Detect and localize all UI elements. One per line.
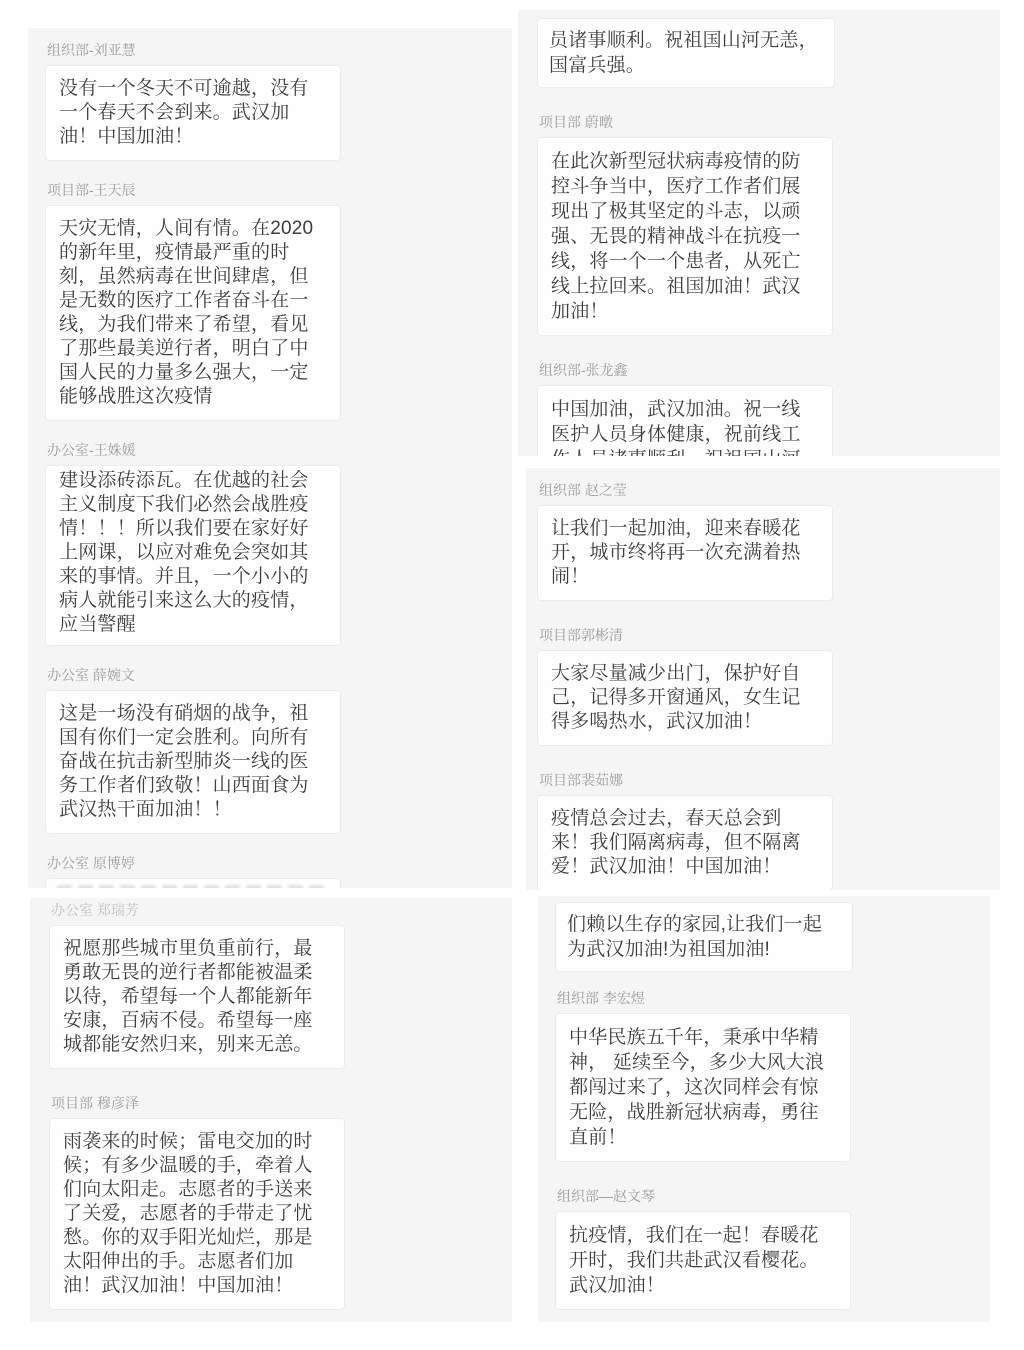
sender-label: 办公室 原博婷 xyxy=(47,855,512,872)
message-textarea[interactable]: 中华民族五千年，秉承中华精神， 延续至今，多少大风大浪都闯过来了，这次同样会有惊… xyxy=(555,1013,851,1162)
sender-label: 办公室-王姝媛 xyxy=(47,442,512,459)
message-text: 在此次新型冠状病毒疫情的防控斗争当中，医疗工作者们展现出了极其坚定的斗志，以顽强… xyxy=(551,151,801,322)
message-textarea[interactable]: 让我们一起加油，迎来春暖花开，城市终将再一次充满着热闹！ xyxy=(537,505,833,601)
sender-label: 组织部 赵之莹 xyxy=(539,482,1000,499)
clipped-text-ghost xyxy=(57,885,329,888)
message-text: 中华民族五千年，秉承中华精神， 延续至今，多少大风大浪都闯过来了，这次同样会有惊… xyxy=(569,1027,824,1148)
message-textarea[interactable]: 天灾无情，人间有情。在2020的新年里，疫情最严重的时刻，虽然病毒在世间肆虐，但… xyxy=(45,205,341,421)
message-text: 让我们一起加油，迎来春暖花开，城市终将再一次充满着热闹！ xyxy=(551,518,801,587)
sender-label: 办公室 郑瑞芳 xyxy=(51,902,512,919)
sender-label: 组织部-张龙鑫 xyxy=(539,362,1000,379)
message-textarea-clipped[interactable]: 们赖以生存的家园,让我们一起为武汉加油!为祖国加油! xyxy=(555,902,853,972)
message-textarea[interactable]: 疫情总会过去，春天总会到来！我们隔离病毒，但不隔离爱！武汉加油！中国加油！ xyxy=(537,795,833,890)
messages-panel-left-top: 组织部-刘亚慧 没有一个冬天不可逾越，没有一个春天不会到来。武汉加油！中国加油！… xyxy=(28,28,512,888)
message-text: 没有一个冬天不可逾越，没有一个春天不会到来。武汉加油！中国加油！ xyxy=(59,78,309,147)
sender-label: 组织部-刘亚慧 xyxy=(47,42,512,59)
sender-label: 组织部—赵文琴 xyxy=(557,1188,990,1205)
message-textarea[interactable]: 雨袭来的时候；雷电交加的时候；有多少温暖的手，牵着人们向太阳走。志愿者的手送来了… xyxy=(49,1118,345,1310)
messages-panel-right-bottom: 们赖以生存的家园,让我们一起为武汉加油!为祖国加油! 组织部 李宏煜 中华民族五… xyxy=(538,896,990,1322)
messages-panel-right-middle: 组织部 赵之莹 让我们一起加油，迎来春暖花开，城市终将再一次充满着热闹！ 项目部… xyxy=(526,468,1000,890)
message-text: 建设添砖添瓦。在优越的社会主义制度下我们必然会战胜疫情！！！所以我们要在家好好上… xyxy=(59,470,309,635)
message-textarea-clipped[interactable] xyxy=(45,878,341,888)
sender-label: 项目部-王天辰 xyxy=(47,182,512,199)
message-text: 祝愿那些城市里负重前行，最勇敢无畏的逆行者都能被温柔以待，希望每一个人都能新年安… xyxy=(63,938,313,1055)
message-text: 这是一场没有硝烟的战争，祖国有你们一定会胜利。向所有奋战在抗击新型肺炎一线的医务… xyxy=(59,703,309,820)
message-text: 天灾无情，人间有情。在2020的新年里，疫情最严重的时刻，虽然病毒在世间肆虐，但… xyxy=(59,218,313,407)
message-text: 们赖以生存的家园,让我们一起为武汉加油!为祖国加油! xyxy=(567,914,822,960)
sender-label: 项目部郭彬清 xyxy=(539,627,1000,644)
message-textarea[interactable]: 祝愿那些城市里负重前行，最勇敢无畏的逆行者都能被温柔以待，希望每一个人都能新年安… xyxy=(49,925,345,1069)
messages-panel-right-top: 员诸事顺利。祝祖国山河无恙，国富兵强。 项目部 蔚暾 在此次新型冠状病毒疫情的防… xyxy=(518,10,1000,456)
message-text: 中国加油，武汉加油。祝一线医护人员身体健康，祝前线工作人员诸事顺利。祝祖国山河无… xyxy=(551,399,801,456)
message-textarea-scrolled[interactable]: 建设添砖添瓦。在优越的社会主义制度下我们必然会战胜疫情！！！所以我们要在家好好上… xyxy=(45,465,341,646)
sender-label: 项目部 蔚暾 xyxy=(539,114,1000,131)
sender-label: 项目部 穆彦泽 xyxy=(51,1095,512,1112)
message-textarea[interactable]: 在此次新型冠状病毒疫情的防控斗争当中，医疗工作者们展现出了极其坚定的斗志，以顽强… xyxy=(537,137,833,336)
message-text: 雨袭来的时候；雷电交加的时候；有多少温暖的手，牵着人们向太阳走。志愿者的手送来了… xyxy=(63,1131,313,1296)
sender-label: 办公室 薛婉文 xyxy=(47,667,512,684)
message-text: 大家尽量减少出门，保护好自己，记得多开窗通风，女生记得多喝热水，武汉加油！ xyxy=(551,663,801,732)
message-wall-collage: 组织部-刘亚慧 没有一个冬天不可逾越，没有一个春天不会到来。武汉加油！中国加油！… xyxy=(0,0,1024,1350)
message-textarea[interactable]: 没有一个冬天不可逾越，没有一个春天不会到来。武汉加油！中国加油！ xyxy=(45,65,341,161)
message-text: 抗疫情，我们在一起！春暖花开时，我们共赴武汉看樱花。武汉加油！ xyxy=(569,1225,819,1296)
message-text: 疫情总会过去，春天总会到来！我们隔离病毒，但不隔离爱！武汉加油！中国加油！ xyxy=(551,808,801,877)
sender-label: 组织部 李宏煜 xyxy=(557,990,990,1007)
message-textarea[interactable]: 这是一场没有硝烟的战争，祖国有你们一定会胜利。向所有奋战在抗击新型肺炎一线的医务… xyxy=(45,690,341,834)
message-textarea[interactable]: 抗疫情，我们在一起！春暖花开时，我们共赴武汉看樱花。武汉加油！ xyxy=(555,1211,851,1310)
message-textarea-clipped[interactable]: 中国加油，武汉加油。祝一线医护人员身体健康，祝前线工作人员诸事顺利。祝祖国山河无… xyxy=(537,385,833,456)
message-text: 员诸事顺利。祝祖国山河无恙，国富兵强。 xyxy=(549,30,818,76)
message-textarea[interactable]: 大家尽量减少出门，保护好自己，记得多开窗通风，女生记得多喝热水，武汉加油！ xyxy=(537,650,833,746)
message-textarea-clipped[interactable]: 员诸事顺利。祝祖国山河无恙，国富兵强。 xyxy=(537,18,835,88)
messages-panel-left-bottom: 办公室 郑瑞芳 祝愿那些城市里负重前行，最勇敢无畏的逆行者都能被温柔以待，希望每… xyxy=(30,898,512,1322)
sender-label: 项目部裴茹娜 xyxy=(539,772,1000,789)
